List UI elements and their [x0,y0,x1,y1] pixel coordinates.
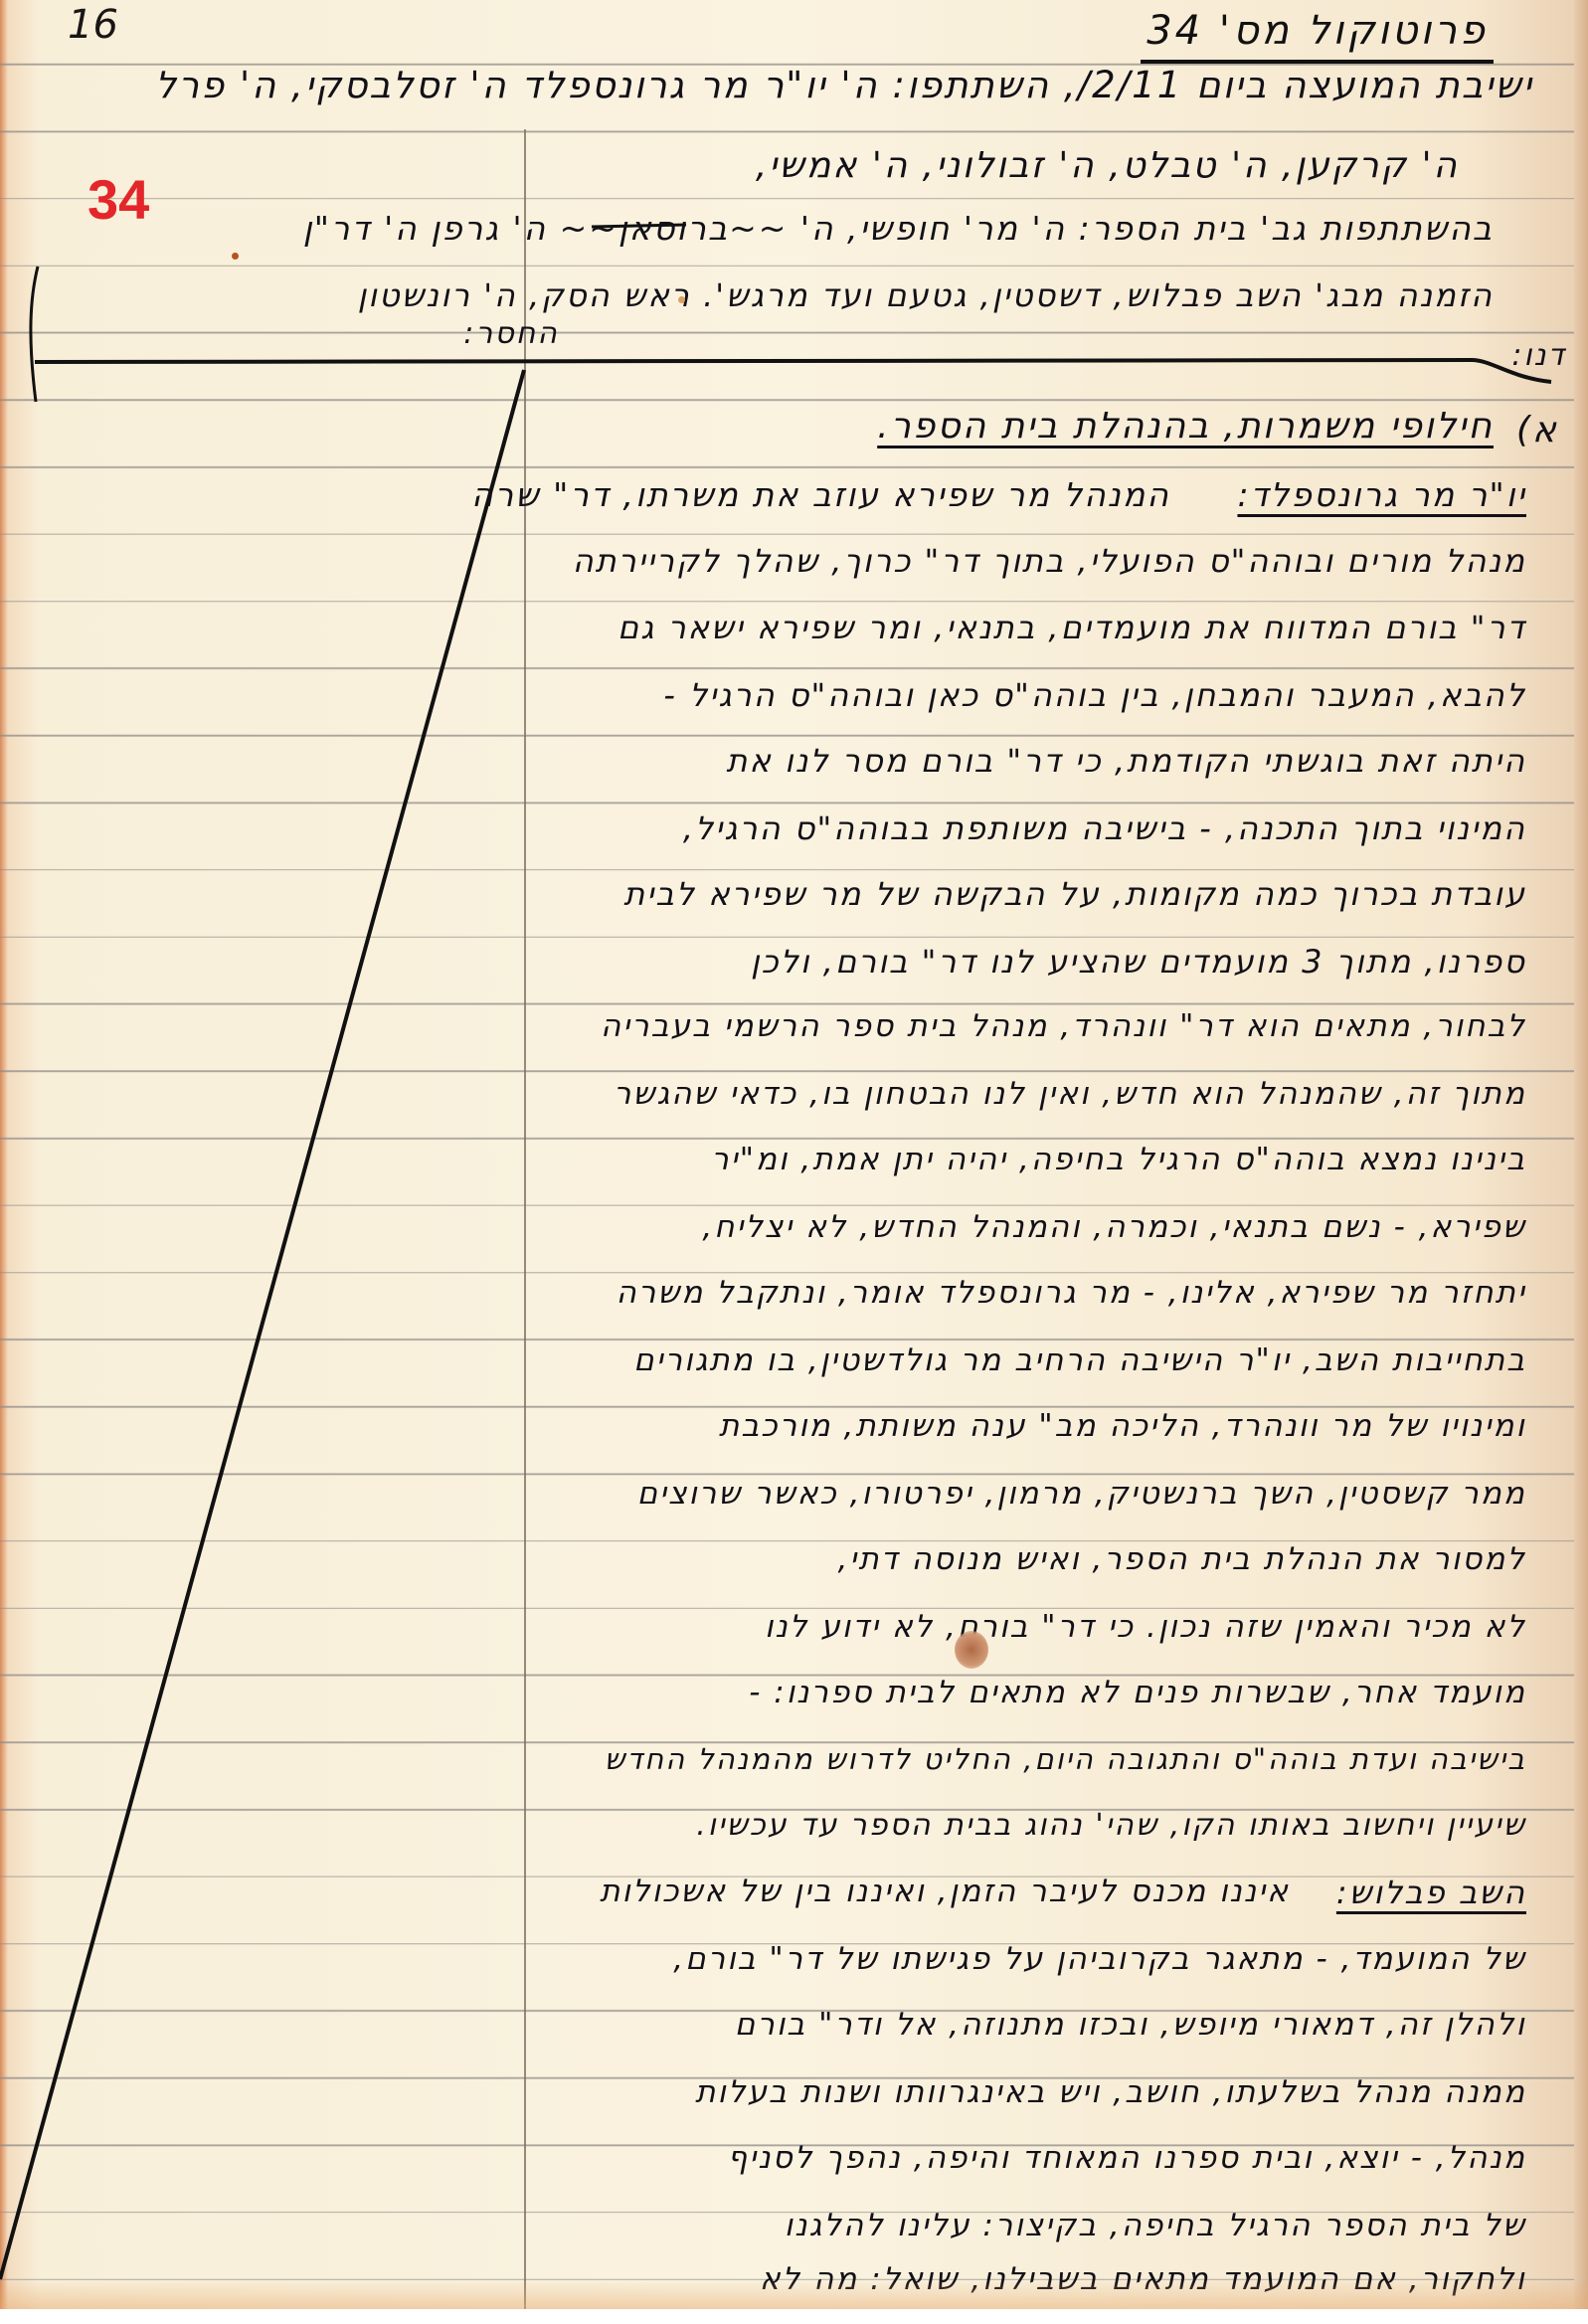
text-line: מתוך זה, שהמנהל הוא חדש, ואין לנו הבטחון… [614,1076,1526,1112]
text-line: ממר קשסטין, השך ברנשטיק, מרמון, יפרטורו,… [637,1476,1526,1512]
absent-label: החסר: [463,316,559,351]
text-line: שיעיין ויחשוב באותו הקו, שהי' נהוג בבית … [696,1808,1526,1843]
text-line: המנהל מר שפירא עוזב את משרתו, דר" שרה [471,475,1170,514]
text-line: איננו מכנס לעיבר הזמן, ואיננו בין של אשכ… [600,1874,1290,1909]
header-line-invited: הזמנה מבג' השב פבלוש, דשסטין, גטעם ועד מ… [358,276,1494,314]
text-line: לא מכיר והאמין שזה נכון. כי דר" בורם, לא… [765,1609,1526,1645]
ink-stain [955,1631,988,1669]
text-line: בישיבה ועדת בוהה"ס והתגובה היום, החליט ל… [605,1742,1526,1776]
header-line-guests: בהשתתפות גב' בית הספר: ה' מר' חופשי, ה' … [303,209,1494,248]
speaker-label: יו"ר מר גרונספלד: [1237,475,1526,514]
notebook-page: 16 34 פרוטוקול מס' 34 ישיבת המועצה ביום … [0,0,1588,2309]
page-number: 16 [68,2,118,48]
text-line: למסור את הנהלת בית הספר, ואיש מנוסה דתי, [838,1541,1526,1577]
text-line: ולחקור, אם המועמד מתאים בשבילנו, שואל: מ… [760,2261,1526,2297]
text-line: של המועמד, - מתאגר בקרוביהן על פגישתו של… [673,1941,1526,1977]
text-line: יתחזר מר שפירא, אלינו, - מר גרונספלד אומ… [617,1275,1526,1311]
text-line: דר" בורם המדווח את מועמדים, בתנאי, ומר ש… [618,609,1526,646]
text-line: בינינו נמצא בוהה"ס הרגיל בחיפה, יהיה יתן… [711,1142,1526,1177]
text-line: לבחור, מתאים הוא דר" וונהרד, מנהל בית ספ… [601,1008,1526,1044]
header-line-attendees: ישיבת המועצה ביום 2/11/, השתתפו: ה' יו"ר… [155,64,1533,106]
protocol-title: פרוטוקול מס' 34 [1141,8,1494,64]
text-line: ממנה מנהל בשלעתו, חושב, ויש באינגרוותו ו… [695,2074,1526,2110]
text-line: ומינויו של מר וונהרד, הליכה מב" ענה משות… [719,1408,1526,1444]
discussed-label: דנו: [1511,338,1566,373]
text-line: ספרנו, מתוך 3 מועמדים שהציע לנו דר" בורם… [751,943,1526,981]
text-line: מנהל, - יוצא, ובית ספרנו המאוחד והיפה, נ… [728,2140,1526,2176]
text-line: שפירא, - נשם בתנאי, וכמרה, והמנהל החדש, … [702,1209,1526,1245]
section-heading: חילופי משמרות, בהנהלת בית הספר. [877,406,1494,447]
text-line: בתחייבות השב, יו"ר הישיבה הרחיב מר גולדש… [633,1342,1526,1378]
text-line: של בית הספר הרגיל בחיפה, בקיצור: עלינו ל… [785,2208,1526,2243]
text-line: מועמד אחר, שבשרות פנים לא מתאים לבית ספר… [749,1675,1526,1710]
header-line-attendees-cont: ה' קרקען, ה' טבלט, ה' זבולוני, ה' אמשי, [756,145,1459,186]
text-line: היתה זאת בוגשתי הקודמת, כי דר" בורם מסר … [726,742,1526,780]
ink-dot [678,296,685,303]
text-line: להבא, המעבר והמבחן, בין בוהה"ס כאן ובוהה… [663,676,1526,714]
text-line: מנהל מורים ובוהה"ס הפועלי, בתוך דר" כרוך… [573,542,1526,580]
text-line: ולהלן זה, דמאורי מיופש, ובכזו מתנוזה, אל… [735,2007,1526,2043]
ink-dot [232,253,239,260]
text-line: עובדת בכרוך כמה מקומות, על הבקשה של מר ש… [623,875,1526,913]
section-marker: א) [1516,410,1558,450]
text-line: המינוי בתוך התכנה, - בישיבה משותפת בבוהה… [683,809,1526,847]
speaker-label: השב פבלוש: [1336,1874,1526,1911]
red-stamp-number: 34 [88,167,149,232]
